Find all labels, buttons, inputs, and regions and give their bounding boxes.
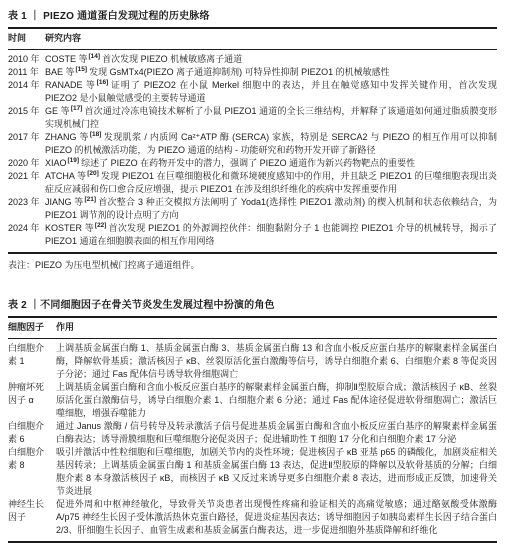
table-row: 2014 年RANADE 等[16]证明了 PIEZO2 在小鼠 Merkel …	[8, 79, 497, 105]
year-cell: 2024 年	[8, 222, 45, 235]
table2-header-role: 作用	[56, 322, 497, 333]
cytokine-cell: 白细胞介素 8	[8, 446, 50, 472]
table-row: 2024 年KOSTER 等[22]首次发现 PIEZO1 的外源调控伙伴：细胞…	[8, 222, 497, 248]
year-cell: 2011 年	[8, 66, 45, 79]
research-cell: XIAO[19]综述了 PIEZO 在药物开发中的潜力，强调了 PIEZO 通道…	[45, 157, 497, 170]
table1-rows: 2010 年COSTE 等[14]首次发现 PIEZO 机械敏感离子通道2011…	[8, 50, 497, 252]
author-text: BAE 等	[45, 67, 75, 77]
research-text: 发现肌浆 / 内质网 Ca²⁺ATP 酶 (SERCA) 家族，特别是 SERC…	[45, 132, 497, 155]
reference-marker: [19]	[68, 157, 80, 164]
table1-header-row: 时间 研究内容	[8, 29, 497, 49]
year-cell: 2023 年	[8, 196, 45, 209]
table-row: 2015 年GE 等[17]首次通过冷冻电镜技术解析了小鼠 PIEZO1 通道的…	[8, 105, 497, 131]
author-text: KOSTER 等	[45, 223, 94, 233]
reference-marker: [17]	[71, 105, 83, 112]
research-text: 首次发现 PIEZO 机械敏感离子通道	[102, 54, 242, 64]
table-row: 白细胞介素 1上调基质金属蛋白酶 1、基质金属蛋白酶 3、基质金属蛋白酶 13 …	[8, 342, 497, 381]
table-row: 2011 年BAE 等[15]发现 GsMTx4(PIEZO 离子通道抑制剂) …	[8, 66, 497, 79]
cytokine-cell: 肿瘤坏死因子 α	[8, 381, 50, 407]
research-cell: ATCHA 等[20]发现 PIEZO1 在巨噬细胞极化和微环境硬度感知中的作用…	[45, 170, 497, 196]
table-row: 白细胞介素 6通过 Janus 激酶 / 信号转导及转录激活子信号促进基质金属蛋…	[8, 420, 497, 446]
reference-marker: [21]	[84, 196, 96, 203]
author-text: COSTE 等	[45, 54, 88, 64]
reference-marker: [20]	[87, 170, 99, 177]
table1-header-content: 研究内容	[45, 33, 497, 44]
reference-marker: [16]	[97, 79, 109, 86]
reference-marker: [14]	[89, 53, 101, 60]
cytokine-cell: 白细胞介素 6	[8, 420, 50, 446]
research-text: 发现 GsMTx4(PIEZO 离子通道抑制剂) 可特异性抑制 PIEZO1 的…	[89, 67, 390, 77]
research-cell: RANADE 等[16]证明了 PIEZO2 在小鼠 Merkel 细胞中的表达…	[45, 79, 497, 105]
research-text: 证明了 PIEZO2 在小鼠 Merkel 细胞中的表达，并且在触觉感知中发挥关…	[45, 80, 497, 103]
research-cell: GE 等[17]首次通过冷冻电镜技术解析了小鼠 PIEZO1 通道的全长三维结构…	[45, 105, 497, 131]
article-page: 表 1 ｜ PIEZO 通道蛋白发现过程的历史脉络 时间 研究内容 2010 年…	[0, 0, 505, 543]
cytokine-cell: 神经生长因子	[8, 498, 50, 524]
author-text: GE 等	[45, 106, 70, 116]
research-cell: JIANG 等[21]首次整合 3 种正交模拟方法阐明了 Yoda1(选择性 P…	[45, 196, 497, 222]
table1-section: 表 1 ｜ PIEZO 通道蛋白发现过程的历史脉络 时间 研究内容 2010 年…	[8, 7, 497, 271]
author-text: JIANG 等	[45, 197, 83, 207]
table1-title: 表 1 ｜ PIEZO 通道蛋白发现过程的历史脉络	[8, 7, 497, 22]
research-text: 综述了 PIEZO 在药物开发中的潜力，强调了 PIEZO 通道作为新兴药物靶点…	[81, 158, 415, 168]
table2-header-factor: 细胞因子	[8, 322, 50, 333]
research-text: 发现 PIEZO1 在巨噬细胞极化和微环境硬度感知中的作用，并且缺乏 PIEZO…	[45, 171, 497, 194]
table2-header-row: 细胞因子 作用	[8, 318, 497, 338]
table-row: 2021 年ATCHA 等[20]发现 PIEZO1 在巨噬细胞极化和微环境硬度…	[8, 170, 497, 196]
table2-rows: 白细胞介素 1上调基质金属蛋白酶 1、基质金属蛋白酶 3、基质金属蛋白酶 13 …	[8, 339, 497, 541]
role-cell: 上调基质金属蛋白酶 1、基质金属蛋白酶 3、基质金属蛋白酶 13 和含血小板反应…	[56, 342, 497, 381]
table2-section: 表 2 ｜不同细胞因子在骨关节炎发生发展过程中扮演的角色 细胞因子 作用 白细胞…	[8, 296, 497, 543]
research-cell: KOSTER 等[22]首次发现 PIEZO1 的外源调控伙伴：细胞黏附分子 1…	[45, 222, 497, 248]
role-cell: 促进外周和中枢神经敏化，导致骨关节炎患者出现慢性疼痛和验证相关的高痛觉敏感；通过…	[56, 498, 497, 537]
research-cell: COSTE 等[14]首次发现 PIEZO 机械敏感离子通道	[45, 53, 497, 66]
research-cell: BAE 等[15]发现 GsMTx4(PIEZO 离子通道抑制剂) 可特异性抑制…	[45, 66, 497, 79]
author-text: XIAO	[45, 158, 67, 168]
table-row: 2020 年XIAO[19]综述了 PIEZO 在药物开发中的潜力，强调了 PI…	[8, 157, 497, 170]
year-cell: 2010 年	[8, 53, 45, 66]
table-row: 神经生长因子促进外周和中枢神经敏化，导致骨关节炎患者出现慢性疼痛和验证相关的高痛…	[8, 498, 497, 537]
role-cell: 吸引并激活中性粒细胞和巨噬细胞，加剧关节内的炎性环境；促进核因子 κB 亚基 p…	[56, 446, 497, 498]
research-cell: ZHANG 等[18]发现肌浆 / 内质网 Ca²⁺ATP 酶 (SERCA) …	[45, 131, 497, 157]
table-row: 2010 年COSTE 等[14]首次发现 PIEZO 机械敏感离子通道	[8, 53, 497, 66]
year-cell: 2015 年	[8, 105, 45, 118]
divider	[8, 541, 497, 543]
table-row: 2023 年JIANG 等[21]首次整合 3 种正交模拟方法阐明了 Yoda1…	[8, 196, 497, 222]
role-cell: 上调基质金属蛋白酶和含血小板反应蛋白基序的解聚素样金属蛋白酶，抑制Ⅱ型胶原合成；…	[56, 381, 497, 420]
reference-marker: [18]	[90, 131, 102, 138]
table1-header-time: 时间	[8, 33, 45, 44]
year-cell: 2020 年	[8, 157, 45, 170]
year-cell: 2014 年	[8, 79, 45, 92]
year-cell: 2017 年	[8, 131, 45, 144]
author-text: ATCHA 等	[45, 171, 86, 181]
research-text: 首次通过冷冻电镜技术解析了小鼠 PIEZO1 通道的全长三维结构，并解释了该通道…	[45, 106, 497, 129]
reference-marker: [15]	[76, 66, 88, 73]
year-cell: 2021 年	[8, 170, 45, 183]
author-text: RANADE 等	[45, 80, 96, 90]
role-cell: 通过 Janus 激酶 / 信号转导及转录激活子信号促进基质金属蛋白酶和含血小板…	[56, 420, 497, 446]
table-row: 肿瘤坏死因子 α上调基质金属蛋白酶和含血小板反应蛋白基序的解聚素样金属蛋白酶，抑…	[8, 381, 497, 420]
table2-title: 表 2 ｜不同细胞因子在骨关节炎发生发展过程中扮演的角色	[8, 296, 497, 311]
reference-marker: [22]	[95, 222, 107, 229]
research-text: 首次发现 PIEZO1 的外源调控伙伴：细胞黏附分子 1 也能调控 PIEZO1…	[45, 223, 497, 246]
research-text: 首次整合 3 种正交模拟方法阐明了 Yoda1(选择性 PIEZO1 激动剂) …	[45, 197, 497, 220]
author-text: ZHANG 等	[45, 132, 89, 142]
table-row: 白细胞介素 8吸引并激活中性粒细胞和巨噬细胞，加剧关节内的炎性环境；促进核因子 …	[8, 446, 497, 498]
table1-footnote: 表注：PIEZO 为压电型机械门控离子通道组件。	[8, 254, 497, 271]
cytokine-cell: 白细胞介素 1	[8, 342, 50, 368]
table-row: 2017 年ZHANG 等[18]发现肌浆 / 内质网 Ca²⁺ATP 酶 (S…	[8, 131, 497, 157]
